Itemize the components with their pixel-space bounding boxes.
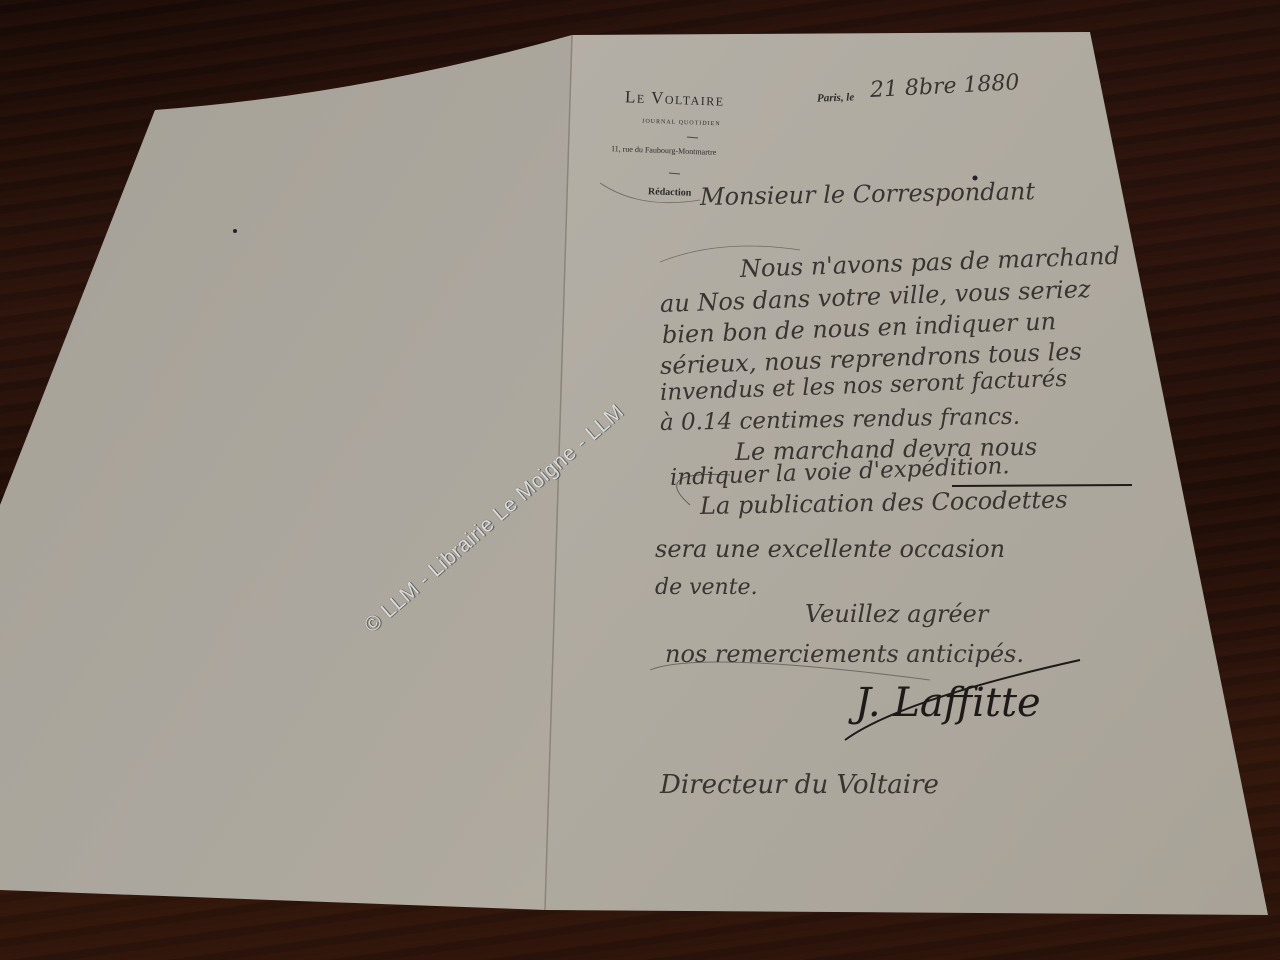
letterhead-title: Le Voltaire — [625, 87, 725, 110]
left-page — [0, 35, 572, 910]
body-line: de vente. — [655, 575, 758, 600]
letterhead-department: Rédaction — [648, 186, 692, 199]
closing-line: Veuillez agréer — [805, 600, 988, 628]
closing-line: nos remerciements anticipés. — [665, 640, 1024, 668]
place-prefix: Paris, le — [817, 91, 855, 104]
body-line: sera une excellente occasion — [655, 535, 1005, 563]
salutation: Monsieur le Correspondant — [700, 177, 1036, 211]
signature: J. Laffitte — [855, 680, 1041, 726]
signature-title: Directeur du Voltaire — [660, 770, 939, 800]
folded-letter-sheet — [0, 0, 1280, 960]
